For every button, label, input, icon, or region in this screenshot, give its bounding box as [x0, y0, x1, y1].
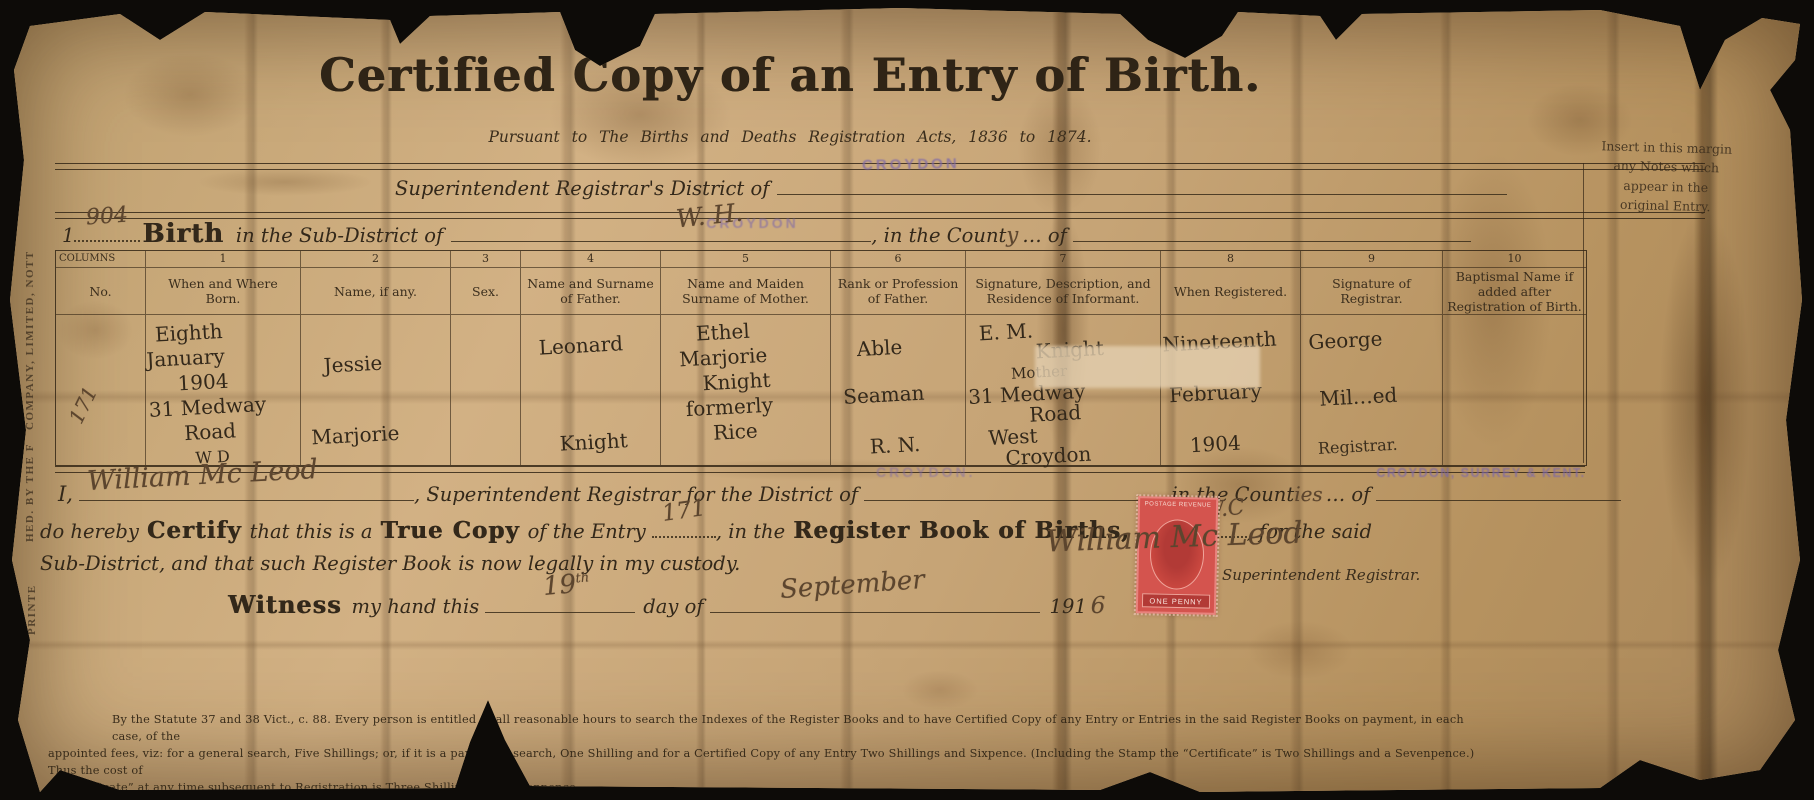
- certification-line-3: Sub-District, and that such Register Boo…: [40, 552, 740, 575]
- month-blank: September: [710, 592, 1040, 613]
- handwriting-line: R. N.: [869, 430, 966, 460]
- header-informant: Signature, Description, and Residence of…: [966, 268, 1161, 315]
- entry-no-blank: 171: [652, 516, 716, 538]
- district-label: Superintendent Registrar's District of: [395, 177, 769, 200]
- col-number: 5: [661, 251, 831, 268]
- registrar-word: Registrar.: [1317, 429, 1443, 461]
- margin-note: Insert in this margin any Notes which ap…: [1597, 136, 1735, 217]
- witness-word: Witness: [228, 590, 341, 619]
- handwritten-ies: ies: [1294, 482, 1323, 506]
- fine-print-line: appointed fees, viz: for a general searc…: [48, 746, 1493, 780]
- subdistrict-blank: CROYDON W. H.: [451, 221, 871, 242]
- i-label: I,: [58, 482, 73, 506]
- line2-b: that this is a: [250, 520, 373, 543]
- year-blank: 904: [74, 220, 140, 242]
- header-sex: Sex.: [451, 268, 521, 315]
- cell-mother: Ethel Marjorie Knight formerly Rice: [661, 315, 831, 465]
- district-blank-2: CROYDON.: [864, 480, 1159, 501]
- statute-fine-print: By the Statute 37 and 38 Vict., c. 88. E…: [48, 712, 1493, 797]
- printer-imprint-bottom: PRINTE: [26, 545, 38, 635]
- handwritten-month: September: [779, 565, 926, 605]
- county-blank: [1073, 221, 1471, 242]
- handwriting-line: Leonard: [538, 330, 656, 361]
- columns-word: COLUMNS: [56, 251, 146, 268]
- line1-of: … of: [1326, 483, 1371, 506]
- header-baptismal-name: Baptismal Name if added after Registrati…: [1443, 268, 1586, 315]
- handwriting-line: Seaman: [843, 379, 964, 410]
- col-number: 4: [521, 251, 661, 268]
- handwritten-entry-no: 171: [660, 495, 707, 527]
- header-when-where-born: When and Where Born.: [146, 268, 301, 315]
- handwriting-line: Mil…ed: [1319, 380, 1441, 411]
- birth-word: Birth: [142, 219, 223, 249]
- photo-backdrop: Certified Copy of an Entry of Birth. Pur…: [0, 0, 1814, 800]
- cell-baptismal-name: [1443, 315, 1586, 465]
- col-number: 8: [1161, 251, 1301, 268]
- entry-number-printed: 1: [62, 224, 74, 247]
- handwriting-line: George: [1308, 324, 1438, 356]
- cell-name: Jessie Marjorie: [301, 315, 451, 465]
- header-when-registered: When Registered.: [1161, 268, 1301, 315]
- header-no: No.: [56, 268, 146, 315]
- document-title: Certified Copy of an Entry of Birth.: [60, 48, 1520, 102]
- handwriting-line: Marjorie: [311, 418, 451, 450]
- line2-d: , in the: [716, 520, 785, 543]
- handwriting-line: Knight: [559, 426, 661, 456]
- district-blank: CROYDON: [777, 174, 1507, 195]
- cell-registrar-signature: George Mil…ed Registrar.: [1301, 315, 1443, 465]
- superintendent-signature: William Mc Leod: [1045, 516, 1303, 560]
- handwriting-line: Croydon: [1005, 440, 1162, 469]
- cell-when-registered: Nineteenth February 1904: [1161, 315, 1301, 465]
- croydon-surrey-kent-stamp: CROYDON, SURREY & KENT.: [1376, 466, 1585, 480]
- handwritten-county-suffix: y: [1006, 223, 1018, 247]
- document-subtitle: Pursuant to The Births and Deaths Regist…: [60, 128, 1520, 146]
- handwritten-entry-no: 171: [64, 383, 102, 428]
- subdistrict-label: in the Sub-District of: [236, 224, 443, 247]
- col-number: 3: [451, 251, 521, 268]
- day-number: 19: [542, 569, 578, 602]
- handwriting-line: Able: [856, 332, 961, 362]
- county-label: , in the Count: [871, 224, 1006, 247]
- croydon-stamp: CROYDON.: [876, 464, 975, 480]
- double-rule-mid: [55, 212, 1705, 219]
- line2-a: do hereby: [40, 520, 139, 543]
- cell-rank: Able Seaman R. N.: [831, 315, 966, 465]
- header-mother: Name and Maiden Surname of Mother.: [661, 268, 831, 315]
- handwriting-line: Rice: [713, 415, 831, 446]
- certificate-paper: Certified Copy of an Entry of Birth. Pur…: [0, 0, 1814, 800]
- col-number: 1: [146, 251, 301, 268]
- stamp-denomination: ONE PENNY: [1142, 593, 1210, 608]
- header-father: Name and Surname of Father.: [521, 268, 661, 315]
- of-label: … of: [1022, 224, 1067, 247]
- fold-crease-horizontal: [0, 640, 1814, 650]
- fine-print-line: By the Statute 37 and 38 Vict., c. 88. E…: [48, 712, 1493, 746]
- header-rank: Rank or Profession of Father.: [831, 268, 966, 315]
- cell-sex: [451, 315, 521, 465]
- day-ordinal: th: [575, 570, 590, 586]
- district-line: Superintendent Registrar's District of C…: [395, 174, 1507, 200]
- col-number: 9: [1301, 251, 1443, 268]
- handwriting-line: Jessie: [323, 347, 447, 378]
- handwritten-year-digit: 6: [1091, 593, 1106, 619]
- printer-imprint-middle: HED. BY THE F: [24, 372, 36, 542]
- col-number: 6: [831, 251, 966, 268]
- certification-line-1: I, William Mc Leod , Superintendent Regi…: [58, 480, 1621, 506]
- col-number: 7: [966, 251, 1161, 268]
- cell-entry-no: 171: [56, 315, 146, 465]
- damage-patch: [1035, 346, 1260, 388]
- line4-c: 191: [1050, 595, 1087, 618]
- counties-blank: CROYDON, SURREY & KENT.: [1376, 480, 1621, 501]
- croydon-stamp: CROYDON: [862, 155, 960, 174]
- line4-b: day of: [643, 595, 703, 618]
- cell-when-where-born: Eighth January 1904 31 Medway Road W D: [146, 315, 301, 465]
- line2-c: of the Entry: [528, 520, 646, 543]
- register-table: COLUMNS 1 2 3 4 5 6 7 8 9 10 No. When an…: [55, 250, 1587, 466]
- tear-shadow: [1694, 0, 1718, 800]
- line4-a: my hand this: [351, 595, 479, 618]
- header-signature-registrar: Signature of Registrar.: [1301, 268, 1443, 315]
- header-name: Name, if any.: [301, 268, 451, 315]
- line1-mid: , Superintendent Registrar for the Distr…: [414, 483, 858, 506]
- handwritten-day: 19th: [542, 568, 591, 602]
- col-number: 2: [301, 251, 451, 268]
- witness-line: Witness my hand this 19th day of Septemb…: [228, 590, 1105, 619]
- true-copy-word: True Copy: [381, 517, 520, 544]
- line3-text: Sub-District, and that such Register Boo…: [40, 552, 740, 575]
- col-number: 10: [1443, 251, 1586, 268]
- handwritten-year: 904: [86, 202, 130, 230]
- day-blank: 19th: [485, 592, 635, 613]
- superintendent-registrar-label: Superintendent Registrar.: [1222, 566, 1420, 584]
- cell-father: Leonard Knight: [521, 315, 661, 465]
- cell-informant: E. M. Knight Mother 31 Medway Road West …: [966, 315, 1161, 465]
- birth-line: 1 904 Birth in the Sub-District of CROYD…: [62, 219, 1471, 249]
- certify-word: Certify: [147, 517, 242, 544]
- registrar-name-blank: William Mc Leod: [79, 480, 414, 501]
- stamp-top-text: POSTAGE REVENUE: [1140, 501, 1216, 509]
- handwriting-line: 1904: [1189, 427, 1301, 458]
- fold-crease: [1606, 0, 1620, 800]
- fine-print-line: a “Certificate” at any time subsequent t…: [48, 780, 1493, 797]
